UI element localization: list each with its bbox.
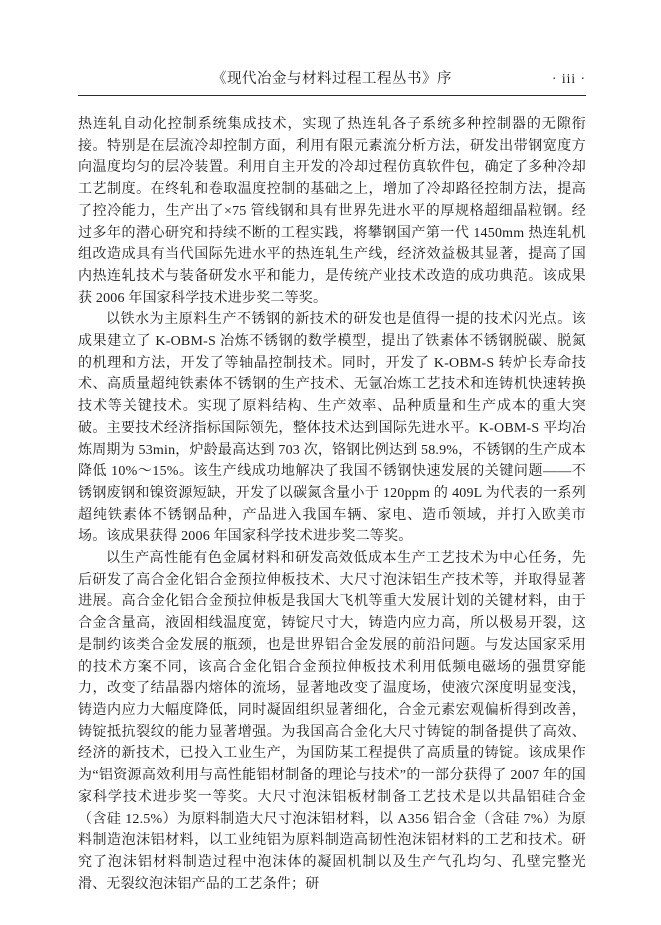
- page-header: 《现代冶金与材料过程工程丛书》序 · iii ·: [78, 68, 586, 90]
- paragraph-stainless-steel: 以铁水为主原料生产不锈钢的新技术的研发也是值得一提的技术闪光点。该成果建立了 K…: [78, 309, 586, 548]
- header-divider: [78, 95, 586, 96]
- page-number: · iii ·: [552, 68, 586, 90]
- document-body: 热连轧自动化控制系统集成技术，实现了热连轧各子系统多种控制器的无隙衔接。特别是在…: [78, 114, 586, 895]
- paragraph-hot-rolling: 热连轧自动化控制系统集成技术，实现了热连轧各子系统多种控制器的无隙衔接。特别是在…: [78, 114, 586, 309]
- book-page: 《现代冶金与材料过程工程丛书》序 · iii · 热连轧自动化控制系统集成技术，…: [0, 0, 661, 925]
- series-title: 《现代冶金与材料过程工程丛书》序: [212, 71, 452, 87]
- paragraph-nonferrous-materials: 以生产高性能有色金属材料和研发高效低成本生产工艺技术为中心任务，先后研发了高合金…: [78, 548, 586, 895]
